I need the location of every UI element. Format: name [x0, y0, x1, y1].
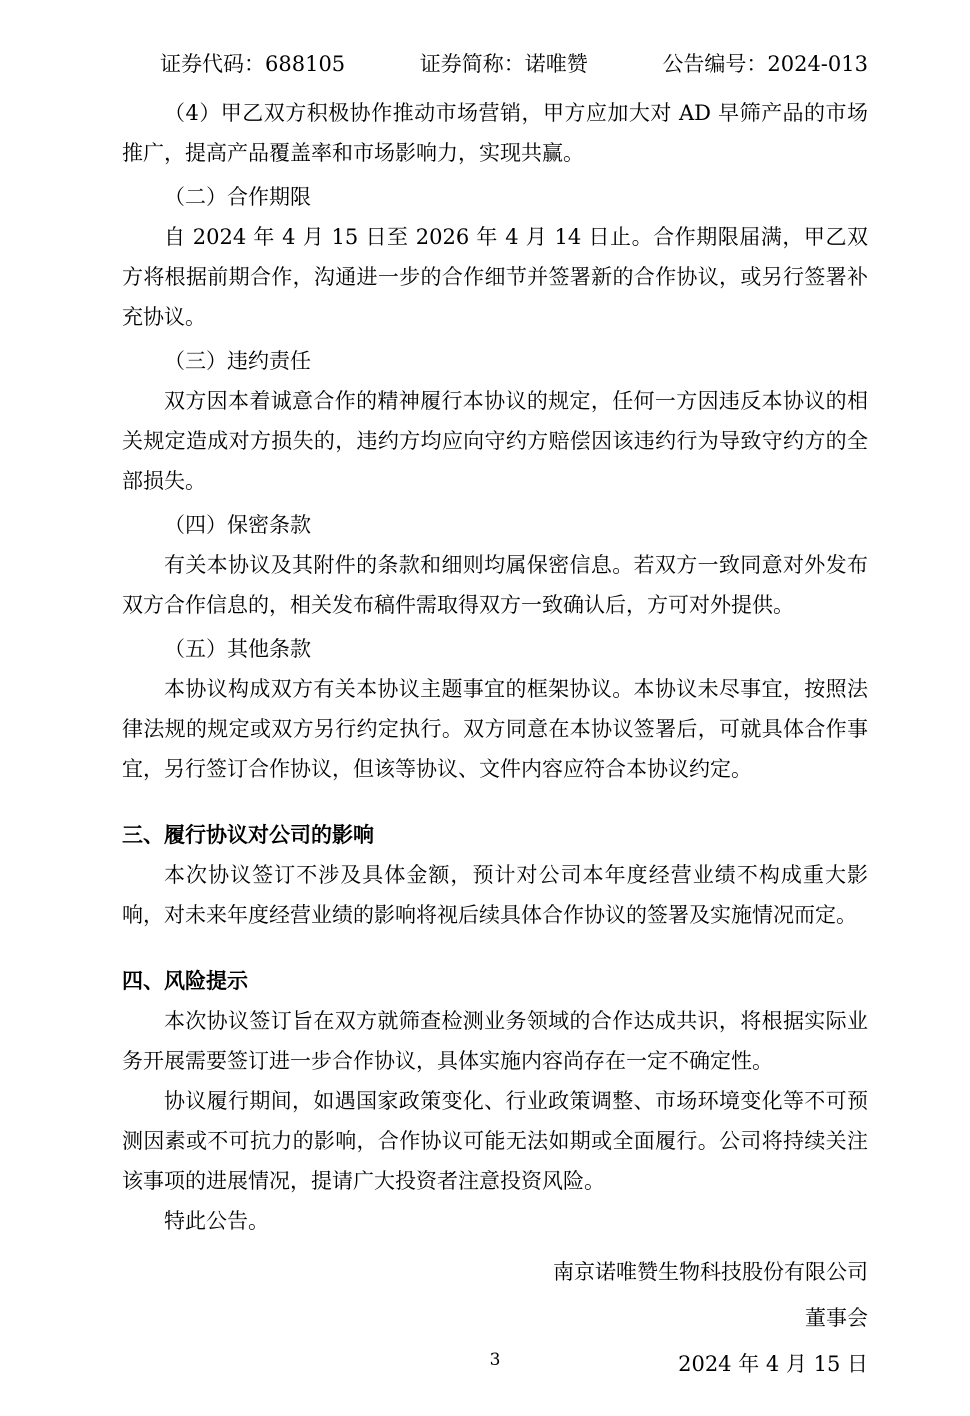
section-subheading: （五）其他条款	[122, 629, 868, 669]
signature-company: 南京诺唯赞生物科技股份有限公司	[122, 1249, 868, 1295]
announcement-number: 公告编号：2024-013	[662, 52, 868, 76]
document-body: （4）甲乙双方积极协作推动市场营销，甲方应加大对 AD 早筛产品的市场推广，提高…	[122, 93, 868, 1241]
stock-code: 证券代码：688105	[160, 52, 345, 76]
stock-abbreviation: 证券简称：诺唯赞	[420, 52, 588, 76]
section-heading: 三、履行协议对公司的影响	[122, 815, 868, 855]
section-subheading: （三）违约责任	[122, 341, 868, 381]
page-number: 3	[122, 1348, 868, 1372]
body-paragraph: 特此公告。	[122, 1201, 868, 1241]
body-paragraph: 双方因本着诚意合作的精神履行本协议的规定，任何一方因违反本协议的相关规定造成对方…	[122, 381, 868, 501]
document-header: 证券代码：688105 证券简称：诺唯赞 公告编号：2024-013	[122, 52, 868, 76]
section-subheading: （二）合作期限	[122, 177, 868, 217]
body-paragraph: 本次协议签订旨在双方就筛查检测业务领域的合作达成共识，将根据实际业务开展需要签订…	[122, 1001, 868, 1081]
section-heading: 四、风险提示	[122, 961, 868, 1001]
body-paragraph: 本协议构成双方有关本协议主题事宜的框架协议。本协议未尽事宜，按照法律法规的规定或…	[122, 669, 868, 789]
section-subheading: （四）保密条款	[122, 505, 868, 545]
body-paragraph: 协议履行期间，如遇国家政策变化、行业政策调整、市场环境变化等不可预测因素或不可抗…	[122, 1081, 868, 1201]
document-page: 证券代码：688105 证券简称：诺唯赞 公告编号：2024-013 （4）甲乙…	[0, 0, 970, 1416]
body-paragraph: （4）甲乙双方积极协作推动市场营销，甲方应加大对 AD 早筛产品的市场推广，提高…	[122, 93, 868, 173]
signature-signer: 董事会	[122, 1295, 868, 1341]
body-paragraph: 有关本协议及其附件的条款和细则均属保密信息。若双方一致同意对外发布双方合作信息的…	[122, 545, 868, 625]
body-paragraph: 本次协议签订不涉及具体金额，预计对公司本年度经营业绩不构成重大影响，对未来年度经…	[122, 855, 868, 935]
body-paragraph: 自 2024 年 4 月 15 日至 2026 年 4 月 14 日止。合作期限…	[122, 217, 868, 337]
